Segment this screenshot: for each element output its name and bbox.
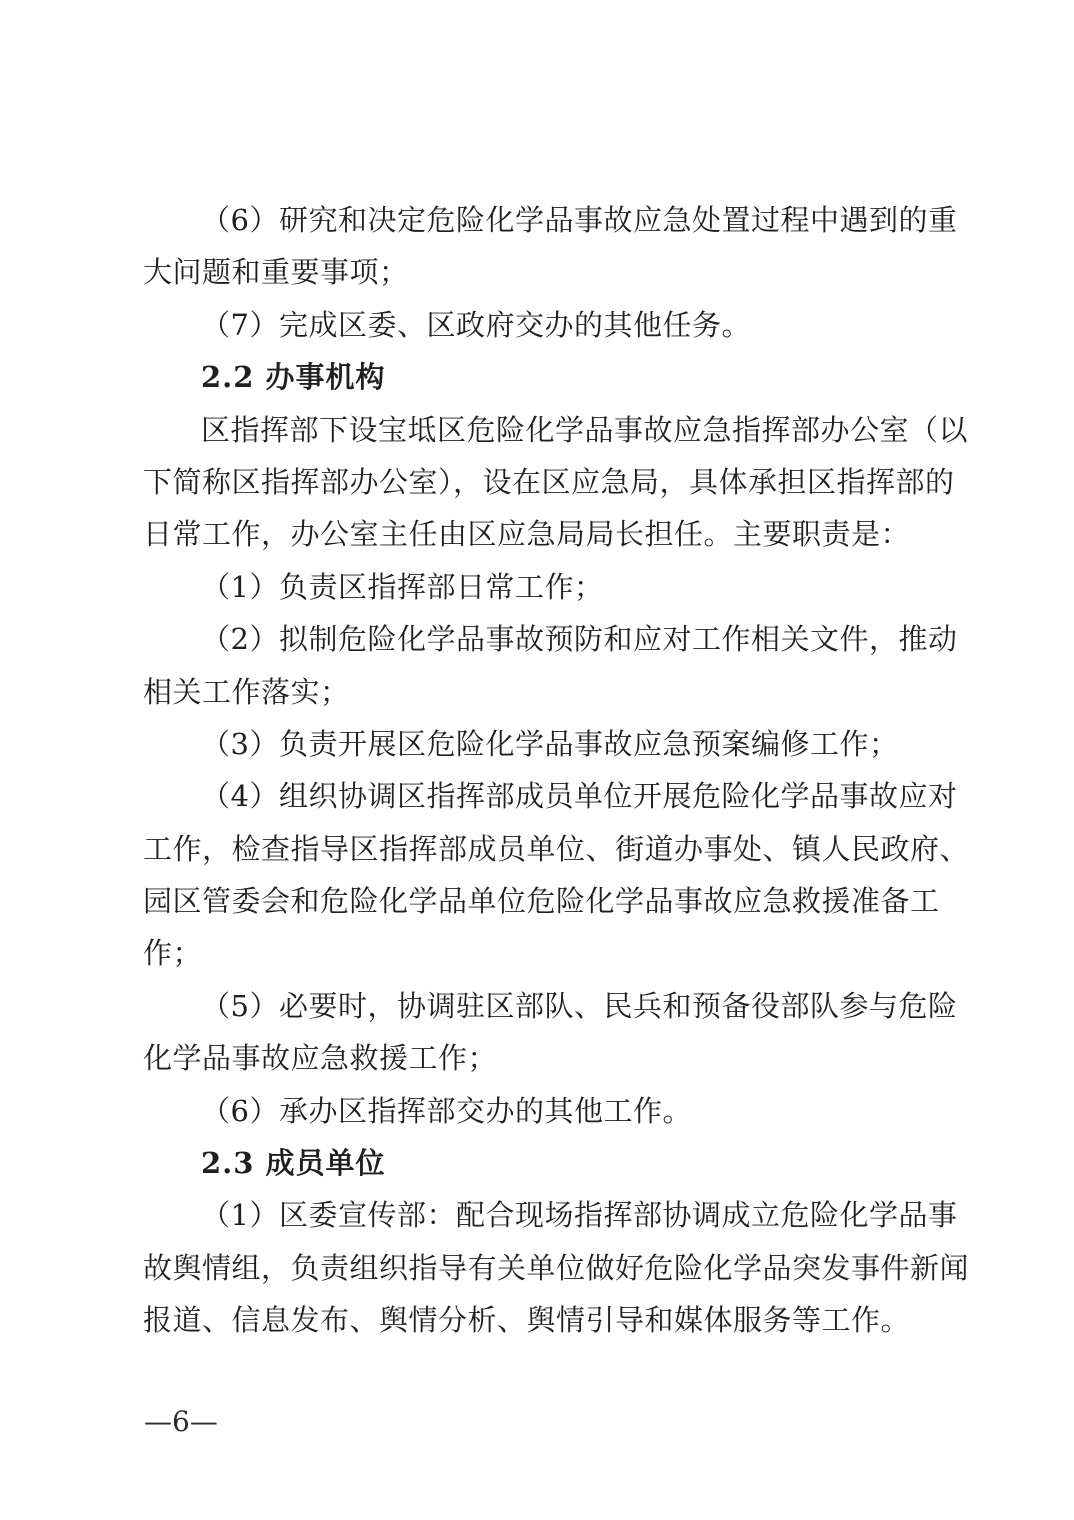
text-line-20: （1）区委宣传部：配合现场指挥部协调成立危险化学品事 (143, 1189, 933, 1241)
section-heading-2-2: 2.2 办事机构 (143, 351, 933, 403)
text-line-6: 下简称区指挥部办公室），设在区应急局，具体承担区指挥部的 (143, 456, 933, 508)
text-line-12: （4）组织协调区指挥部成员单位开展危险化学品事故应对 (143, 770, 933, 822)
text-line-15: 作； (143, 927, 933, 979)
text-line-2: 大问题和重要事项； (143, 246, 933, 298)
text-line-1: （6）研究和决定危险化学品事故应急处置过程中遇到的重 (143, 194, 933, 246)
text-line-16: （5）必要时，协调驻区部队、民兵和预备役部队参与危险 (143, 980, 933, 1032)
section-heading-2-3: 2.3 成员单位 (143, 1137, 933, 1189)
document-page: （6）研究和决定危险化学品事故应急处置过程中遇到的重 大问题和重要事项； （7）… (0, 0, 1074, 1520)
text-line-14: 园区管委会和危险化学品单位危险化学品事故应急救援准备工 (143, 875, 933, 927)
text-line-7: 日常工作，办公室主任由区应急局局长担任。主要职责是： (143, 508, 933, 560)
text-line-9: （2）拟制危险化学品事故预防和应对工作相关文件，推动 (143, 613, 933, 665)
text-line-18: （6）承办区指挥部交办的其他工作。 (143, 1085, 933, 1137)
page-number: —6— (144, 1400, 218, 1444)
text-line-8: （1）负责区指挥部日常工作； (143, 561, 933, 613)
text-line-13: 工作，检查指导区指挥部成员单位、街道办事处、镇人民政府、 (143, 823, 933, 875)
text-line-3: （7）完成区委、区政府交办的其他任务。 (143, 299, 933, 351)
text-line-5: 区指挥部下设宝坻区危险化学品事故应急指挥部办公室（以 (143, 404, 933, 456)
text-line-22: 报道、信息发布、舆情分析、舆情引导和媒体服务等工作。 (143, 1294, 933, 1346)
document-text-block: （6）研究和决定危险化学品事故应急处置过程中遇到的重 大问题和重要事项； （7）… (143, 194, 933, 1347)
text-line-10: 相关工作落实； (143, 666, 933, 718)
text-line-17: 化学品事故应急救援工作； (143, 1032, 933, 1084)
text-line-11: （3）负责开展区危险化学品事故应急预案编修工作； (143, 718, 933, 770)
text-line-21: 故舆情组，负责组织指导有关单位做好危险化学品突发事件新闻 (143, 1242, 933, 1294)
